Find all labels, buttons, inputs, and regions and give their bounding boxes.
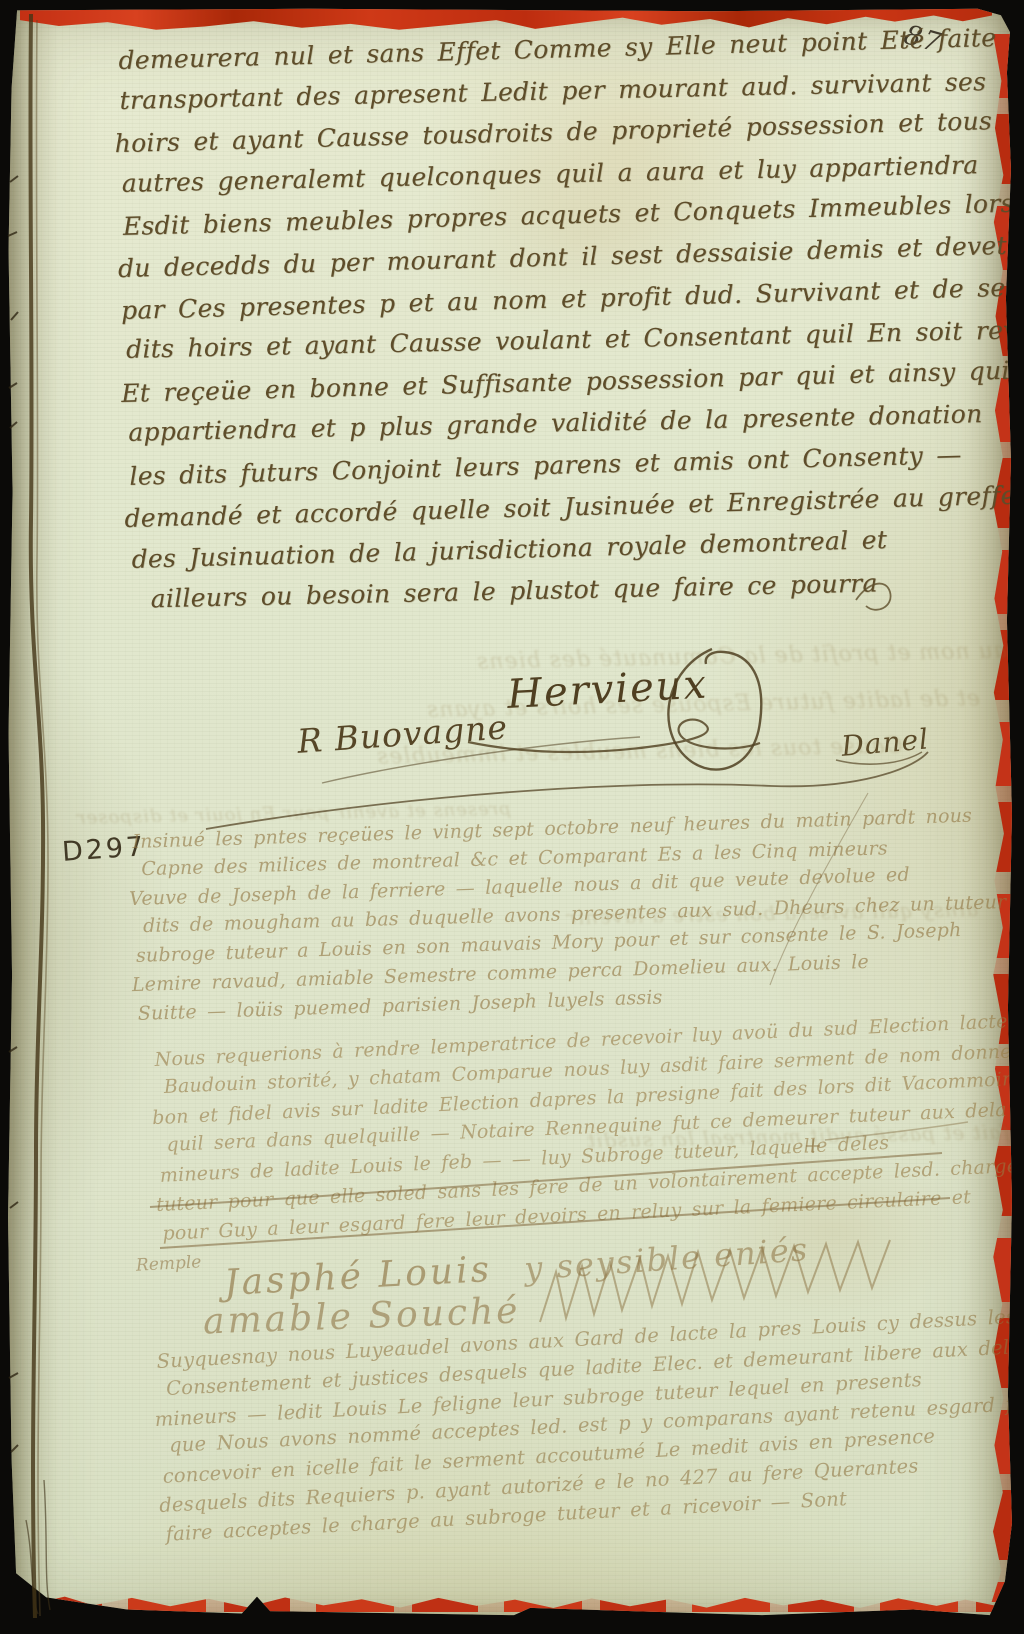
main-text-block: demeurera nul et sans Effet Comme sy Ell…	[118, 16, 1024, 623]
margin-word: Remple	[136, 1252, 202, 1275]
ink-bleedthrough: au nom et profit de la Comunauté des bie…	[476, 638, 1007, 674]
manuscript-page: 87 demeurera nul et sans Effet Comme sy …	[6, 8, 1014, 1620]
red-edge-paint-bottom	[36, 1590, 994, 1612]
faded-phrase: y seysible eniés	[523, 1230, 810, 1288]
scanned-manuscript: 87 demeurera nul et sans Effet Comme sy …	[0, 0, 1024, 1634]
